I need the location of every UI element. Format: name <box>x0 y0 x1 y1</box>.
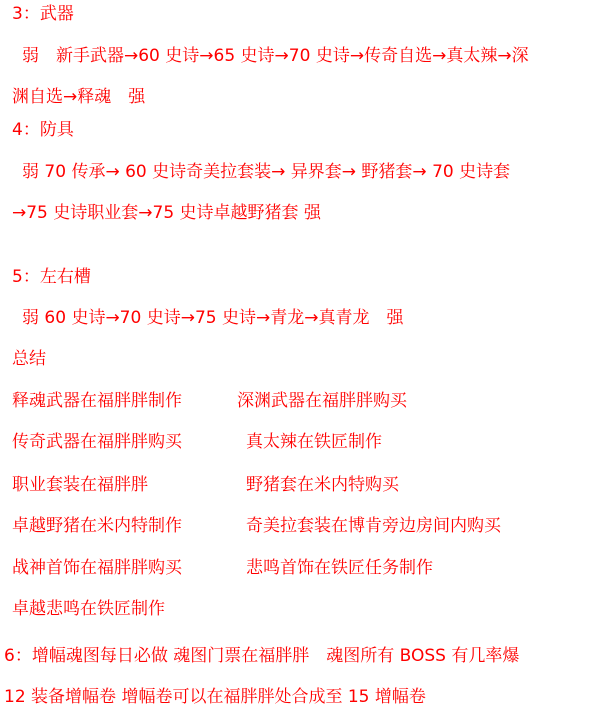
armor-progression-line-1: 弱 70 传承→ 60 史诗奇美拉套装→ 异界套→ 野猪套→ 70 史诗套 <box>22 161 510 183</box>
side-slot-heading: 5：左右槽 <box>12 266 91 288</box>
summary-row: 职业套装在福胖胖 野猪套在米内特购买 <box>12 474 148 496</box>
summary-left: 卓越悲鸣在铁匠制作 <box>12 599 165 619</box>
summary-left: 战神首饰在福胖胖购买 <box>12 558 182 578</box>
note-6-line-2: 12 装备增幅卷 增幅卷可以在福胖胖处合成至 15 增幅卷 <box>4 686 426 708</box>
summary-right: 悲鸣首饰在铁匠任务制作 <box>246 557 433 579</box>
summary-row: 卓越悲鸣在铁匠制作 <box>12 598 165 620</box>
summary-left: 卓越野猪在米内特制作 <box>12 516 182 536</box>
summary-row: 传奇武器在福胖胖购买 真太辣在铁匠制作 <box>12 431 182 453</box>
summary-row: 战神首饰在福胖胖购买 悲鸣首饰在铁匠任务制作 <box>12 557 182 579</box>
summary-right: 野猪套在米内特购买 <box>246 474 399 496</box>
summary-heading: 总结 <box>12 348 46 370</box>
summary-right: 真太辣在铁匠制作 <box>246 431 382 453</box>
summary-left: 释魂武器在福胖胖制作 <box>12 391 182 411</box>
summary-right: 奇美拉套装在博肯旁边房间内购买 <box>246 515 501 537</box>
weapon-progression-line-1: 弱 新手武器→60 史诗→65 史诗→70 史诗→传奇自选→真太辣→深 <box>22 45 529 67</box>
summary-left: 职业套装在福胖胖 <box>12 475 148 495</box>
weapon-heading: 3：武器 <box>12 3 74 25</box>
armor-heading: 4：防具 <box>12 119 74 141</box>
note-6-line-1: 6：增幅魂图每日必做 魂图门票在福胖胖 魂图所有 BOSS 有几率爆 <box>4 645 519 667</box>
side-slot-progression-line: 弱 60 史诗→70 史诗→75 史诗→青龙→真青龙 强 <box>22 307 404 329</box>
summary-row: 卓越野猪在米内特制作 奇美拉套装在博肯旁边房间内购买 <box>12 515 182 537</box>
weapon-progression-line-2: 渊自选→释魂 强 <box>12 86 145 108</box>
summary-right: 深渊武器在福胖胖购买 <box>237 390 407 412</box>
armor-progression-line-2: →75 史诗职业套→75 史诗卓越野猪套 强 <box>12 202 321 224</box>
summary-left: 传奇武器在福胖胖购买 <box>12 432 182 452</box>
summary-row: 释魂武器在福胖胖制作 深渊武器在福胖胖购买 <box>12 390 182 412</box>
